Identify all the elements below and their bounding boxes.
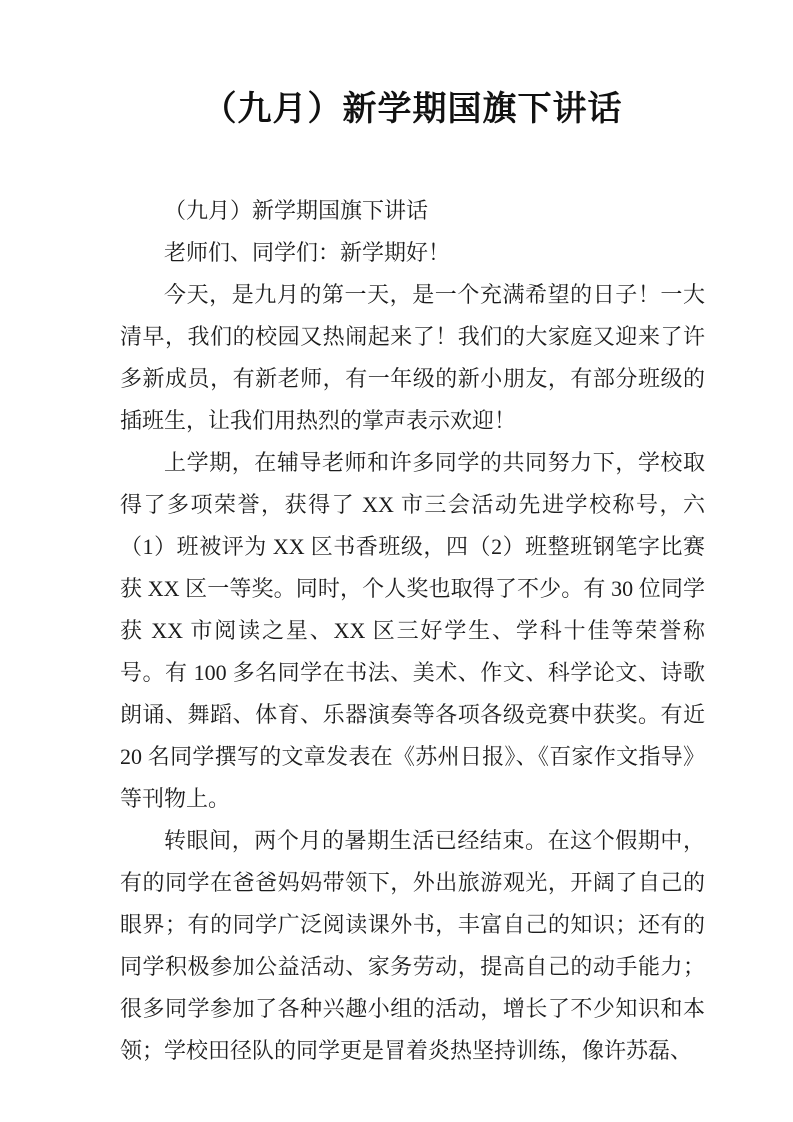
- document-title: （九月）新学期国旗下讲话: [0, 0, 793, 132]
- paragraph: （九月）新学期国旗下讲话: [120, 190, 705, 232]
- document-page: （九月）新学期国旗下讲话 （九月）新学期国旗下讲话老师们、同学们：新学期好！今天…: [0, 0, 793, 1122]
- paragraph: 今天，是九月的第一天，是一个充满希望的日子！一大清早，我们的校园又热闹起来了！我…: [120, 274, 705, 442]
- paragraph: 转眼间，两个月的暑期生活已经结束。在这个假期中，有的同学在爸爸妈妈带领下，外出旅…: [120, 820, 705, 1072]
- document-body: （九月）新学期国旗下讲话老师们、同学们：新学期好！今天，是九月的第一天，是一个充…: [120, 190, 705, 1072]
- paragraph: 老师们、同学们：新学期好！: [120, 232, 705, 274]
- paragraph: 上学期，在辅导老师和许多同学的共同努力下，学校取得了多项荣誉，获得了 XX 市三…: [120, 442, 705, 820]
